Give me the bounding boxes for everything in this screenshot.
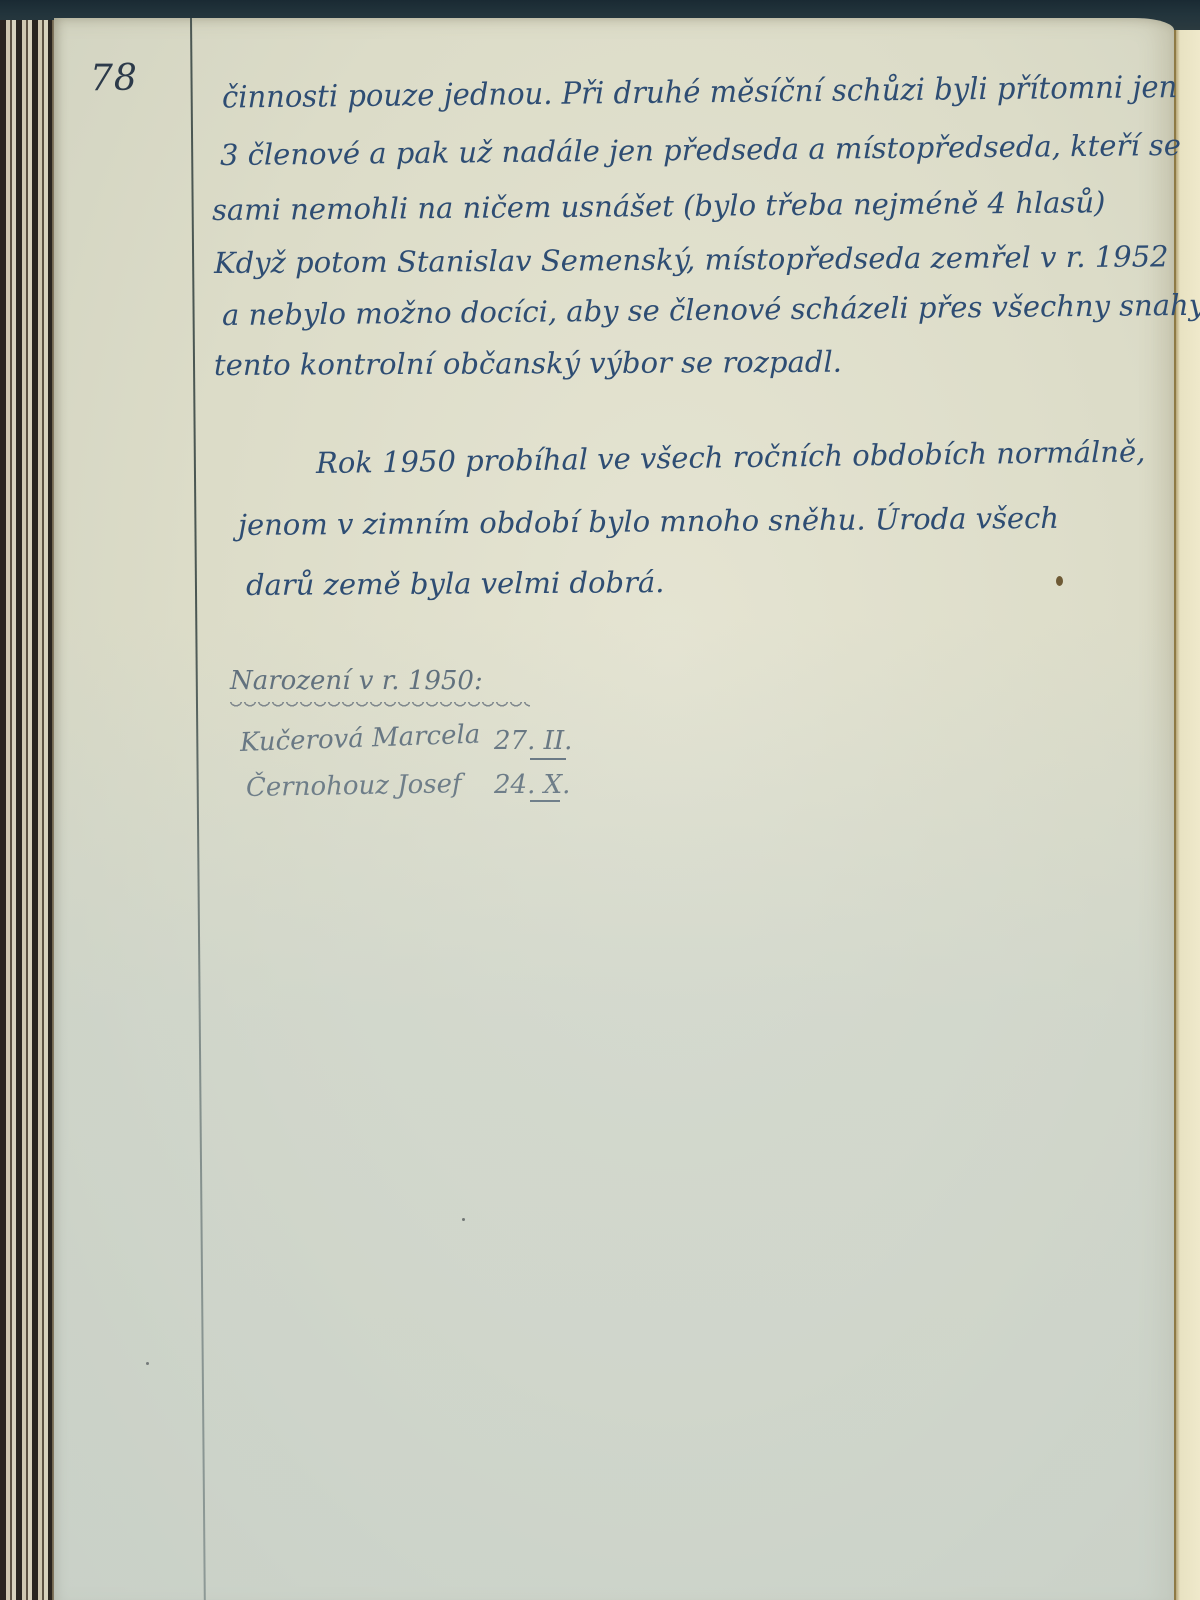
birth-name: Černohouz Josef	[246, 769, 462, 803]
wavy-underline	[230, 702, 530, 710]
text-line: a nebylo možno docíci, aby se členové sc…	[222, 288, 1200, 332]
text-line: Rok 1950 probíhal ve všech ročních obdob…	[316, 434, 1146, 480]
birth-date: 24. X.	[494, 770, 570, 800]
roman-numeral-underline	[530, 800, 560, 802]
ink-dot	[462, 1218, 465, 1221]
next-page-edge	[1174, 30, 1200, 1600]
text-line: sami nemohli na ničem usnášet (bylo třeb…	[212, 185, 1106, 227]
margin-rule	[190, 18, 206, 1600]
ink-dot	[146, 1362, 149, 1365]
chronicle-page: 78 činnosti pouze jednou. Při druhé měsí…	[54, 18, 1174, 1600]
text-line: jenom v zimním období bylo mnoho sněhu. …	[238, 501, 1059, 542]
text-line: činnosti pouze jednou. Při druhé měsíční…	[222, 69, 1178, 115]
roman-numeral-underline	[530, 758, 566, 760]
text-line: tento kontrolní občanský výbor se rozpad…	[214, 345, 842, 382]
text-line: darů země byla velmi dobrá.	[246, 565, 665, 602]
ink-stain	[1056, 576, 1063, 586]
text-line: 3 členové a pak už nadále jen předseda a…	[220, 128, 1181, 172]
birth-date: 27. II.	[494, 726, 572, 756]
scanned-book-page: 78 činnosti pouze jednou. Při druhé měsí…	[0, 0, 1200, 1600]
page-stack-edges	[0, 20, 58, 1600]
birth-name: Kučerová Marcela	[239, 720, 480, 758]
page-number: 78	[90, 58, 138, 99]
text-line: Když potom Stanislav Semenský, místopřed…	[214, 239, 1169, 280]
births-heading: Narození v r. 1950:	[230, 666, 483, 696]
